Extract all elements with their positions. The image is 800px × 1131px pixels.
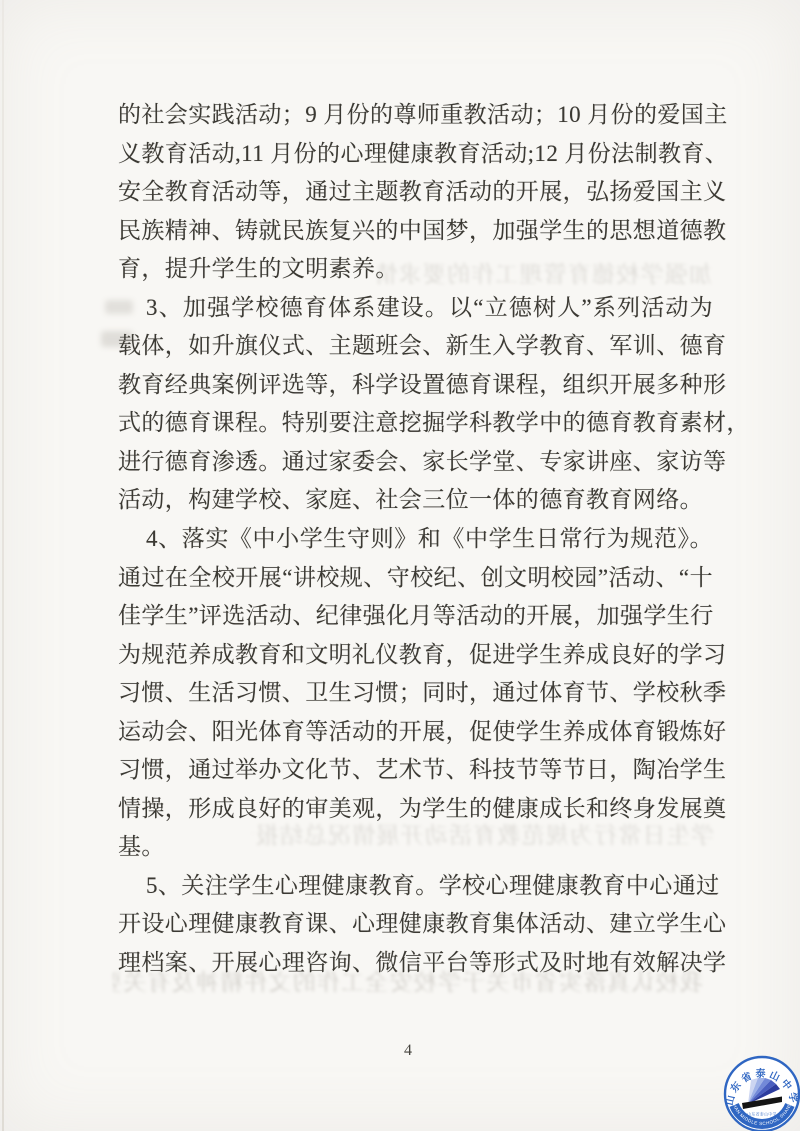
- scan-edge-artifact: [2, 0, 4, 1131]
- text-line: 基。: [118, 828, 713, 867]
- text-line: 式的德育课程。特别要注意挖掘学科教学中的德育教育素材，: [118, 404, 713, 443]
- text-line: 教育经典案例评选等，科学设置德育课程，组织开展多种形: [118, 366, 713, 405]
- page-number: 4: [0, 1042, 800, 1060]
- text-line: 理档案、开展心理咨询、微信平台等形式及时地有效解决学: [118, 944, 713, 983]
- text-line: 习惯、生活习惯、卫生习惯；同时，通过体育节、学校秋季: [118, 674, 713, 713]
- text-line: 为规范养成教育和文明礼仪教育，促进学生养成良好的学习: [118, 636, 713, 675]
- text-line: 育，提升学生的文明素养。: [118, 250, 713, 289]
- seal-caption: 山东省泰山中学: [747, 1112, 776, 1117]
- text-line: 活动，构建学校、家庭、社会三位一体的德育教育网络。: [118, 481, 713, 520]
- paragraph: 3、加强学校德育体系建设。以“立德树人”系列活动为 载体，如升旗仪式、主题班会、…: [118, 289, 713, 520]
- school-seal-logo: 山东省泰山中学 TAI SHAN MIDDLE SCHOOL SHANDONG …: [721, 1053, 800, 1131]
- text-line: 安全教育活动等，通过主题教育活动的开展，弘扬爱国主义: [118, 173, 713, 212]
- paragraph: 5、关注学生心理健康教育。学校心理健康教育中心通过 开设心理健康教育课、心理健康…: [118, 867, 713, 983]
- text-line: 情操，形成良好的审美观，为学生的健康成长和终身发展奠: [118, 790, 713, 829]
- paragraph: 的社会实践活动；9 月份的尊师重教活动；10 月份的爱国主 义教育活动,11 月…: [118, 96, 713, 289]
- text-line: 通过在全校开展“讲校规、守校纪、创文明校园”活动、“十: [118, 559, 713, 598]
- text-line: 义教育活动,11 月份的心理健康教育活动;12 月份法制教育、: [118, 135, 713, 174]
- paragraph: 4、落实《中小学生守则》和《中学生日常行为规范》。 通过在全校开展“讲校规、守校…: [118, 520, 713, 867]
- text-line: 3、加强学校德育体系建设。以“立德树人”系列活动为: [118, 289, 713, 328]
- text-line: 运动会、阳光体育等活动的开展，促使学生养成体育锻炼好: [118, 713, 713, 752]
- text-line: 5、关注学生心理健康教育。学校心理健康教育中心通过: [118, 867, 713, 906]
- document-body: 的社会实践活动；9 月份的尊师重教活动；10 月份的爱国主 义教育活动,11 月…: [118, 96, 713, 983]
- text-line: 习惯，通过举办文化节、艺术节、科技节等节日，陶冶学生: [118, 751, 713, 790]
- text-line: 开设心理健康教育课、心理健康教育集体活动、建立学生心: [118, 905, 713, 944]
- text-line: 4、落实《中小学生守则》和《中学生日常行为规范》。: [118, 520, 713, 559]
- text-line: 的社会实践活动；9 月份的尊师重教活动；10 月份的爱国主: [118, 96, 713, 135]
- text-line: 佳学生”评选活动、纪律强化月等活动的开展，加强学生行: [118, 597, 713, 636]
- text-line: 载体，如升旗仪式、主题班会、新生入学教育、军训、德育: [118, 327, 713, 366]
- text-line: 民族精神、铸就民族复兴的中国梦，加强学生的思想道德教: [118, 212, 713, 251]
- seal-graphic: 山东省泰山中学 TAI SHAN MIDDLE SCHOOL SHANDONG …: [721, 1053, 800, 1131]
- scanned-document-page: 加强学校德育管理工作的要求情况 学生日常行为规范教育活动开展情况总结报告 我校认…: [0, 0, 800, 1131]
- text-line: 进行德育渗透。通过家委会、家长学堂、专家讲座、家访等: [118, 443, 713, 482]
